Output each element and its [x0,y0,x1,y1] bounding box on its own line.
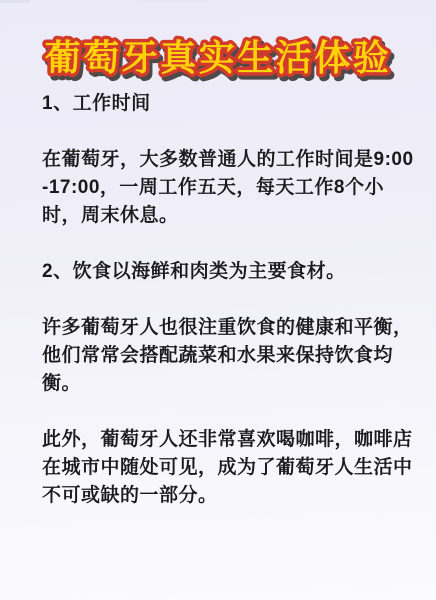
text-line: 不可或缺的一部分。 [42,482,408,510]
text-line: 在葡萄牙，大多数普通人的工作时间是9:00 [42,146,408,174]
section-2-paragraph-1: 许多葡萄牙人也很注重饮食的健康和平衡， 他们常常会搭配蔬菜和水果来保持饮食均 衡… [42,314,408,398]
text-line: 许多葡萄牙人也很注重饮食的健康和平衡， [42,314,408,342]
heading-line: 1、工作时间 [42,90,408,118]
text-line: -17:00，一周工作五天，每天工作8个小 [42,174,408,202]
text-line: 此外，葡萄牙人还非常喜欢喝咖啡，咖啡店 [42,426,408,454]
section-1-paragraph: 在葡萄牙，大多数普通人的工作时间是9:00 -17:00，一周工作五天，每天工作… [42,146,408,230]
section-2-heading: 2、饮食以海鲜和肉类为主要食材。 [42,258,408,286]
page-title: 葡萄牙真实生活体验 [45,37,392,78]
post-body: 1、工作时间 在葡萄牙，大多数普通人的工作时间是9:00 -17:00，一周工作… [42,90,408,538]
text-line: 他们常常会搭配蔬菜和水果来保持饮食均 [42,342,408,370]
text-line: 在城市中随处可见，成为了葡萄牙人生活中 [42,454,408,482]
post-card: 葡萄牙真实生活体验 葡萄牙真实生活体验 1、工作时间 在葡萄牙，大多数普通人的工… [0,0,436,600]
section-1-heading: 1、工作时间 [42,90,408,118]
text-line: 时，周末休息。 [42,202,408,230]
section-2-paragraph-2: 此外，葡萄牙人还非常喜欢喝咖啡，咖啡店 在城市中随处可见，成为了葡萄牙人生活中 … [42,426,408,510]
heading-line: 2、饮食以海鲜和肉类为主要食材。 [42,258,408,286]
text-line: 衡。 [42,370,408,398]
